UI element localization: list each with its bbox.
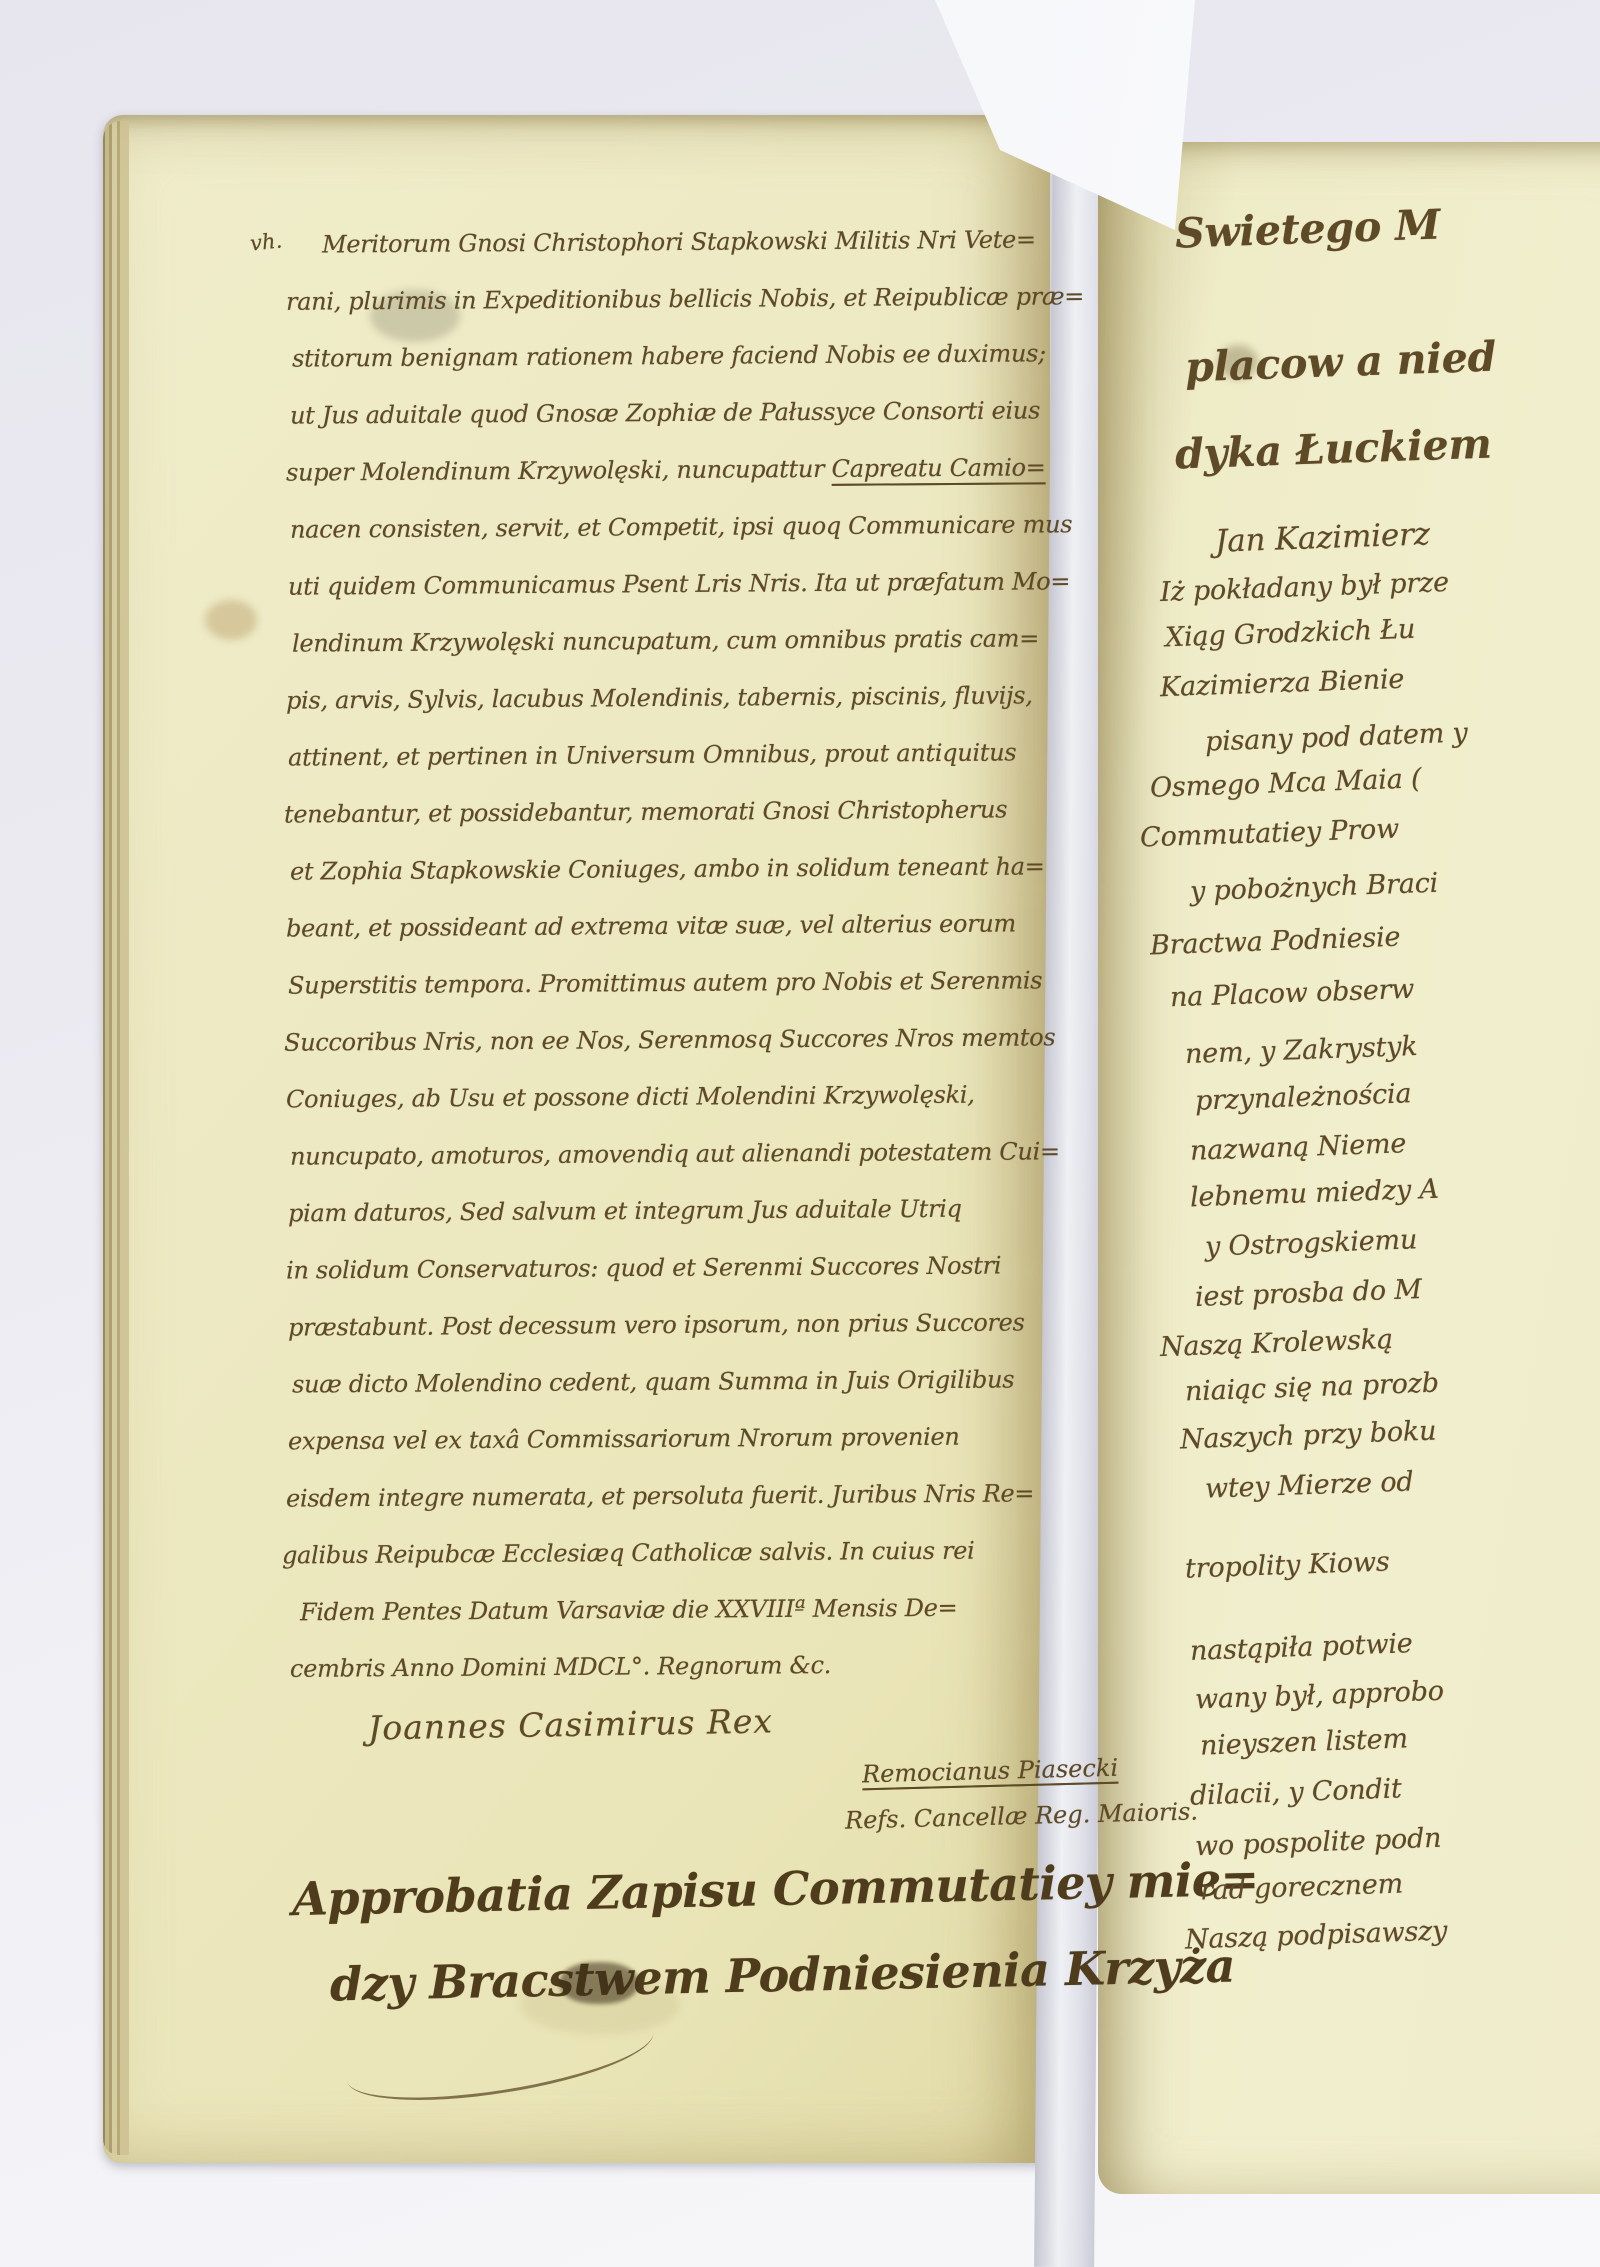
paper-stain [205,600,257,640]
manuscript-line: pis, arvis, Sylvis, lacubus Molendinis, … [286,678,1033,717]
manuscript-line: lendinum Krzywolęski nuncupatum, cum omn… [292,621,1039,660]
manuscript-line: rani, plurimis in Expeditionibus bellici… [286,279,1084,319]
manuscript-line: suæ dicto Molendino cedent, quam Summa i… [292,1362,1014,1401]
manuscript-line: præstabunt. Post decessum vero ipsorum, … [288,1305,1025,1344]
manuscript-line: ut Jus aduitale quod Gnosæ Zophiæ de Pał… [290,393,1040,432]
manuscript-line: piam daturos, Sed salvum et integrum Jus… [288,1192,962,1231]
line-text: super Molendinum Krzywolęski, nuncupattu… [286,455,832,487]
manuscript-line: Jan Kazimierz [1214,516,1430,559]
margin-mark: vh. [249,228,283,255]
manuscript-line: Superstitis tempora. Promittimus autem p… [288,963,1043,1002]
manuscript-line: stitorum benignam rationem habere facien… [292,336,1046,375]
manuscript-line: expensa vel ex taxâ Commissariorum Nroru… [288,1420,960,1459]
page-edge-stack [103,121,129,2155]
ink-blot [560,1962,638,2004]
manuscript-line: attinent, et pertinen in Universum Omnib… [288,735,1017,774]
manuscript-line: nuncupato, amoturos, amovendiq aut alien… [290,1134,1060,1173]
manuscript-line: tenebantur, et possidebantur, memorati G… [284,792,1007,831]
manuscript-line: uti quidem Communicamus Psent Lris Nris.… [288,564,1070,603]
manuscript-line: Meritorum Gnosi Christophori Stapkowski … [322,223,1036,262]
manuscript-line: nacen consisten, servit, et Competit, ip… [290,507,1072,546]
manuscript-line: Fidem Pentes Datum Varsaviæ die XXVIIIª … [300,1591,958,1630]
manuscript-line: eisdem integre numerata, et persoluta fu… [286,1476,1034,1515]
manuscript-line: et Zophia Stapkowskie Coniuges, ambo in … [290,849,1045,888]
manuscript-line: Coniuges, ab Usu et possone dicti Molend… [286,1078,975,1117]
manuscript-line: galibus Reipubcæ Ecclesiæq Catholicæ sal… [282,1534,975,1573]
manuscript-scan: vh. Meritorum Gnosi Christophori Stapkow… [0,0,1600,2267]
manuscript-line: Swietego M [1174,200,1441,257]
underlined-phrase: Capreatu Camio= [832,453,1046,482]
manuscript-line: super Molendinum Krzywolęski, nuncupattu… [286,450,1046,489]
manuscript-line: beant, et possideant ad extrema vitæ suæ… [286,906,1016,945]
manuscript-line: in solidum Conservaturos: quod et Serenm… [286,1249,1001,1288]
royal-signature: Joannes Casimirus Rex [368,1701,774,1747]
manuscript-line: cembris Anno Domini MDCL°. Regnorum &c. [290,1648,831,1686]
manuscript-line: Succoribus Nris, non ee Nos, Serenmosq S… [284,1020,1056,1059]
